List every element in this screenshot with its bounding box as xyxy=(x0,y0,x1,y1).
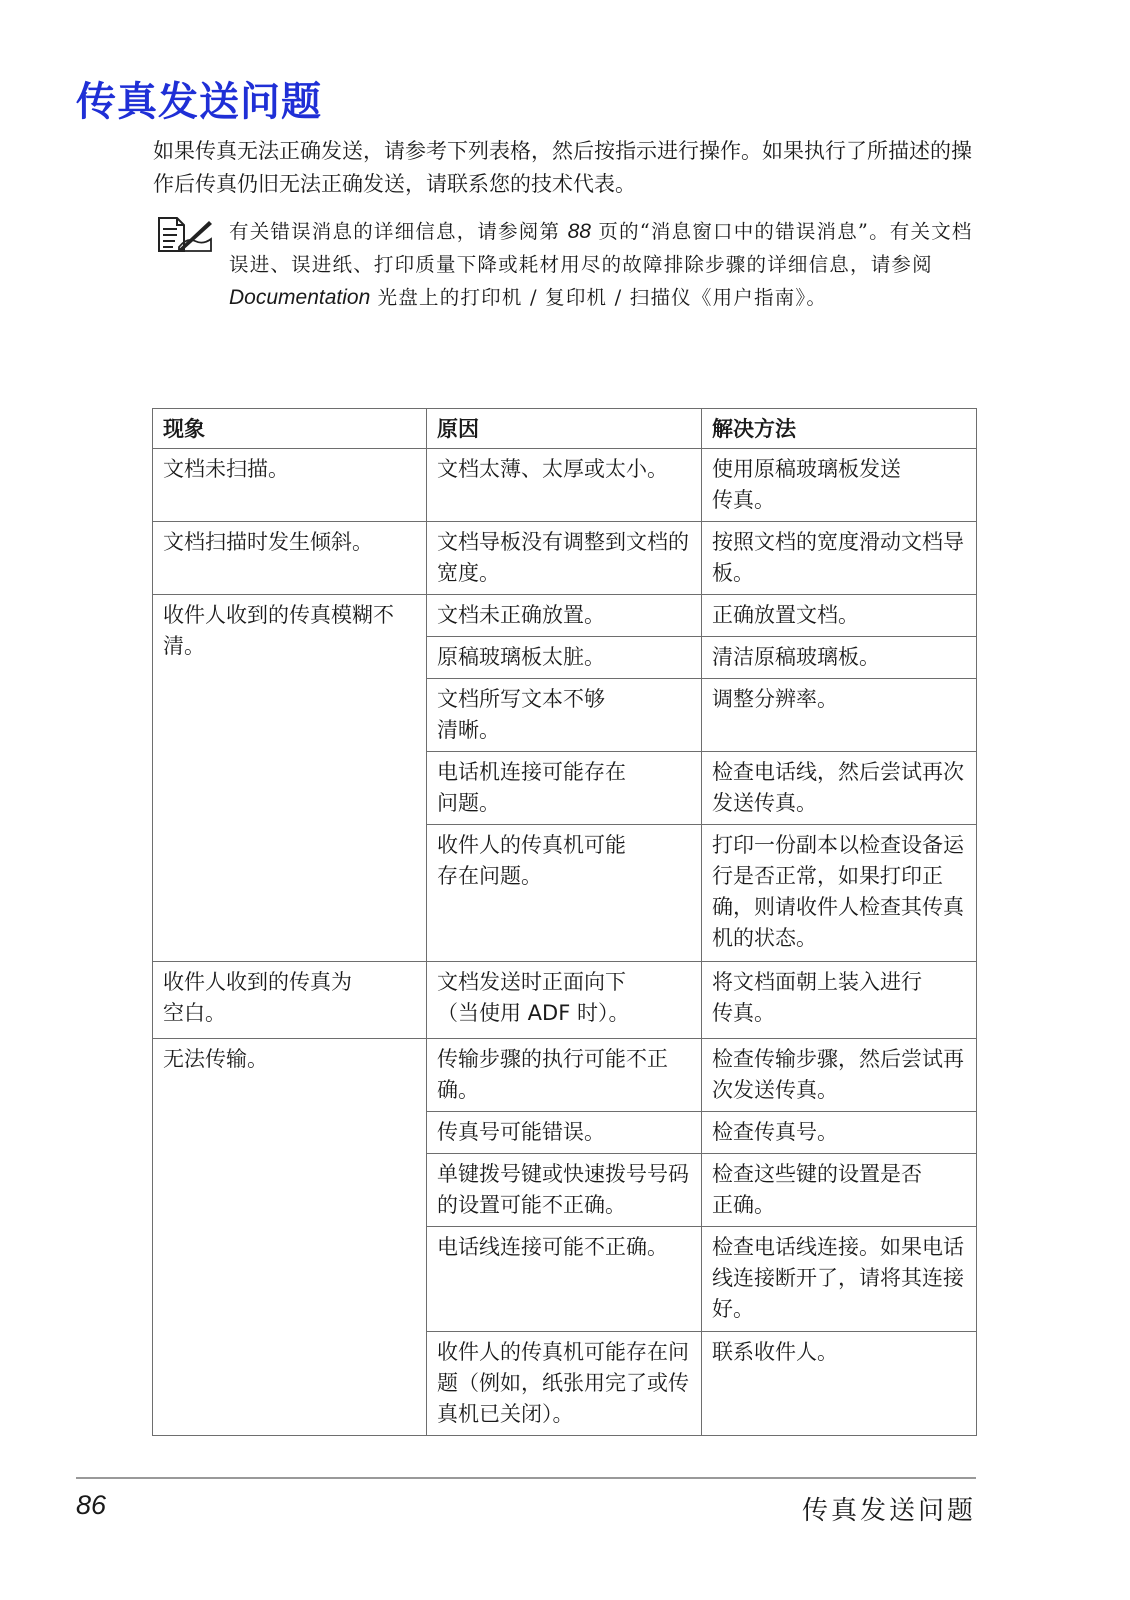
solution-cell: 按照文档的宽度滑动文档导板。 xyxy=(702,522,977,595)
solution-cell: 调整分辨率。 xyxy=(702,679,977,752)
symptom-cell: 收件人收到的传真模糊不清。 xyxy=(153,595,427,962)
table-row: 收件人收到的传真模糊不清。 文档未正确放置。 正确放置文档。 xyxy=(153,595,977,637)
cause-cell: 文档未正确放置。 xyxy=(427,595,702,637)
documentation-name: Documentation xyxy=(229,286,370,309)
troubleshooting-table: 现象 原因 解决方法 文档未扫描。 文档太薄、太厚或太小。 使用原稿玻璃板发送 … xyxy=(152,408,977,1436)
header-solution: 解决方法 xyxy=(702,409,977,449)
solution-cell: 清洁原稿玻璃板。 xyxy=(702,637,977,679)
cause-cell: 电话机连接可能存在 问题。 xyxy=(427,752,702,825)
table-row: 无法传输。 传输步骤的执行可能不正确。 检查传输步骤，然后尝试再次发送传真。 xyxy=(153,1039,977,1112)
solution-cell: 联系收件人。 xyxy=(702,1332,977,1436)
header-symptom: 现象 xyxy=(153,409,427,449)
solution-cell: 检查电话线，然后尝试再次发送传真。 xyxy=(702,752,977,825)
cause-cell: 收件人的传真机可能存在问题（例如，纸张用完了或传真机已关闭）。 xyxy=(427,1332,702,1436)
symptom-cell: 文档扫描时发生倾斜。 xyxy=(153,522,427,595)
solution-cell: 检查传输步骤，然后尝试再次发送传真。 xyxy=(702,1039,977,1112)
cause-cell: 文档导板没有调整到文档的宽度。 xyxy=(427,522,702,595)
header-cause: 原因 xyxy=(427,409,702,449)
note-text: 有关错误消息的详细信息，请参阅第 88 页的“消息窗口中的错误消息”。有关文档误… xyxy=(229,215,981,314)
cause-cell: 文档所写文本不够 清晰。 xyxy=(427,679,702,752)
symptom-cell: 文档未扫描。 xyxy=(153,449,427,522)
cause-cell: 收件人的传真机可能 存在问题。 xyxy=(427,825,702,962)
note-text-part1: 有关错误消息的详细信息，请参阅第 xyxy=(229,220,568,243)
cause-cell: 单键拨号键或快速拨号号码的设置可能不正确。 xyxy=(427,1154,702,1227)
table-row: 文档扫描时发生倾斜。 文档导板没有调整到文档的宽度。 按照文档的宽度滑动文档导板… xyxy=(153,522,977,595)
cause-cell: 电话线连接可能不正确。 xyxy=(427,1227,702,1332)
solution-cell: 检查电话线连接。如果电话线连接断开了，请将其连接好。 xyxy=(702,1227,977,1332)
page-reference: 88 xyxy=(568,220,591,243)
cause-cell: 原稿玻璃板太脏。 xyxy=(427,637,702,679)
cause-cell: 文档发送时正面向下 （当使用 ADF 时）。 xyxy=(427,962,702,1039)
cause-cell: 传真号可能错误。 xyxy=(427,1112,702,1154)
note-pencil-icon xyxy=(157,217,215,253)
solution-cell: 正确放置文档。 xyxy=(702,595,977,637)
solution-cell: 将文档面朝上装入进行 传真。 xyxy=(702,962,977,1039)
solution-cell: 打印一份副本以检查设备运行是否正常，如果打印正确，则请收件人检查其传真机的状态。 xyxy=(702,825,977,962)
cause-cell: 传输步骤的执行可能不正确。 xyxy=(427,1039,702,1112)
note-text-part3: 光盘上的打印机 / 复印机 / 扫描仪《用户指南》。 xyxy=(370,286,827,309)
footer-divider xyxy=(76,1477,976,1479)
table-row: 收件人收到的传真为 空白。 文档发送时正面向下 （当使用 ADF 时）。 将文档… xyxy=(153,962,977,1039)
table-row: 文档未扫描。 文档太薄、太厚或太小。 使用原稿玻璃板发送 传真。 xyxy=(153,449,977,522)
solution-cell: 检查这些键的设置是否 正确。 xyxy=(702,1154,977,1227)
table-header-row: 现象 原因 解决方法 xyxy=(153,409,977,449)
solution-cell: 使用原稿玻璃板发送 传真。 xyxy=(702,449,977,522)
footer-section-title: 传真发送问题 xyxy=(802,1490,976,1527)
solution-cell: 检查传真号。 xyxy=(702,1112,977,1154)
symptom-cell: 无法传输。 xyxy=(153,1039,427,1436)
symptom-cell: 收件人收到的传真为 空白。 xyxy=(153,962,427,1039)
intro-paragraph: 如果传真无法正确发送，请参考下列表格，然后按指示进行操作。如果执行了所描述的操作… xyxy=(153,135,983,201)
page-title: 传真发送问题 xyxy=(76,70,322,127)
page-number: 86 xyxy=(76,1490,106,1521)
cause-cell: 文档太薄、太厚或太小。 xyxy=(427,449,702,522)
